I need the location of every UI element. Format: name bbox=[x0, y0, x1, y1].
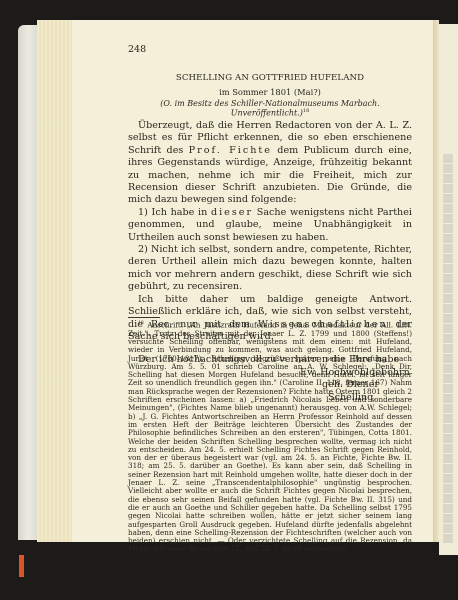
text-run: 2) Nicht ich selbst, sondern andre, comp… bbox=[128, 244, 412, 292]
emphasized-text: dieser bbox=[211, 207, 253, 218]
source-text: (O. im Besitz des Schiller-Nationalmuseu… bbox=[160, 99, 379, 118]
footnote-divider bbox=[128, 317, 160, 318]
paragraph: 2) Nicht ich selbst, sondern andre, comp… bbox=[128, 244, 412, 294]
footnote-mark: 18 bbox=[138, 321, 144, 326]
paragraph: 1) Ich habe in dieser Sache wenigstens n… bbox=[128, 207, 412, 244]
footnote-reference: 18 bbox=[303, 108, 309, 114]
letter-source: (O. im Besitz des Schiller-Nationalmuseu… bbox=[128, 99, 412, 118]
letter-title: SCHELLING AN GOTTFRIED HUFELAND bbox=[128, 73, 412, 83]
book-cover-edge bbox=[18, 25, 38, 540]
page-number: 248 bbox=[128, 44, 146, 55]
page-stack-edges bbox=[37, 20, 73, 542]
footnote: 18 Anschrift: „An Justizrath Hufeland in… bbox=[128, 320, 412, 554]
facing-page-text bbox=[443, 154, 457, 544]
footnote-text: Anschrift: „An Justizrath Hufeland in Je… bbox=[128, 320, 412, 553]
footnote-paragraph: 18 Anschrift: „An Justizrath Hufeland in… bbox=[128, 320, 412, 554]
paragraph: Überzeugt, daß die Herren Redactoren von… bbox=[128, 120, 412, 207]
letter-date: im Sommer 1801 (Mai?) bbox=[128, 87, 412, 97]
text-run: 1) Ich habe in bbox=[138, 207, 211, 218]
emphasized-text: Prof. Fichte bbox=[189, 145, 272, 156]
facing-page bbox=[439, 24, 458, 555]
red-cover-accent bbox=[19, 555, 24, 577]
